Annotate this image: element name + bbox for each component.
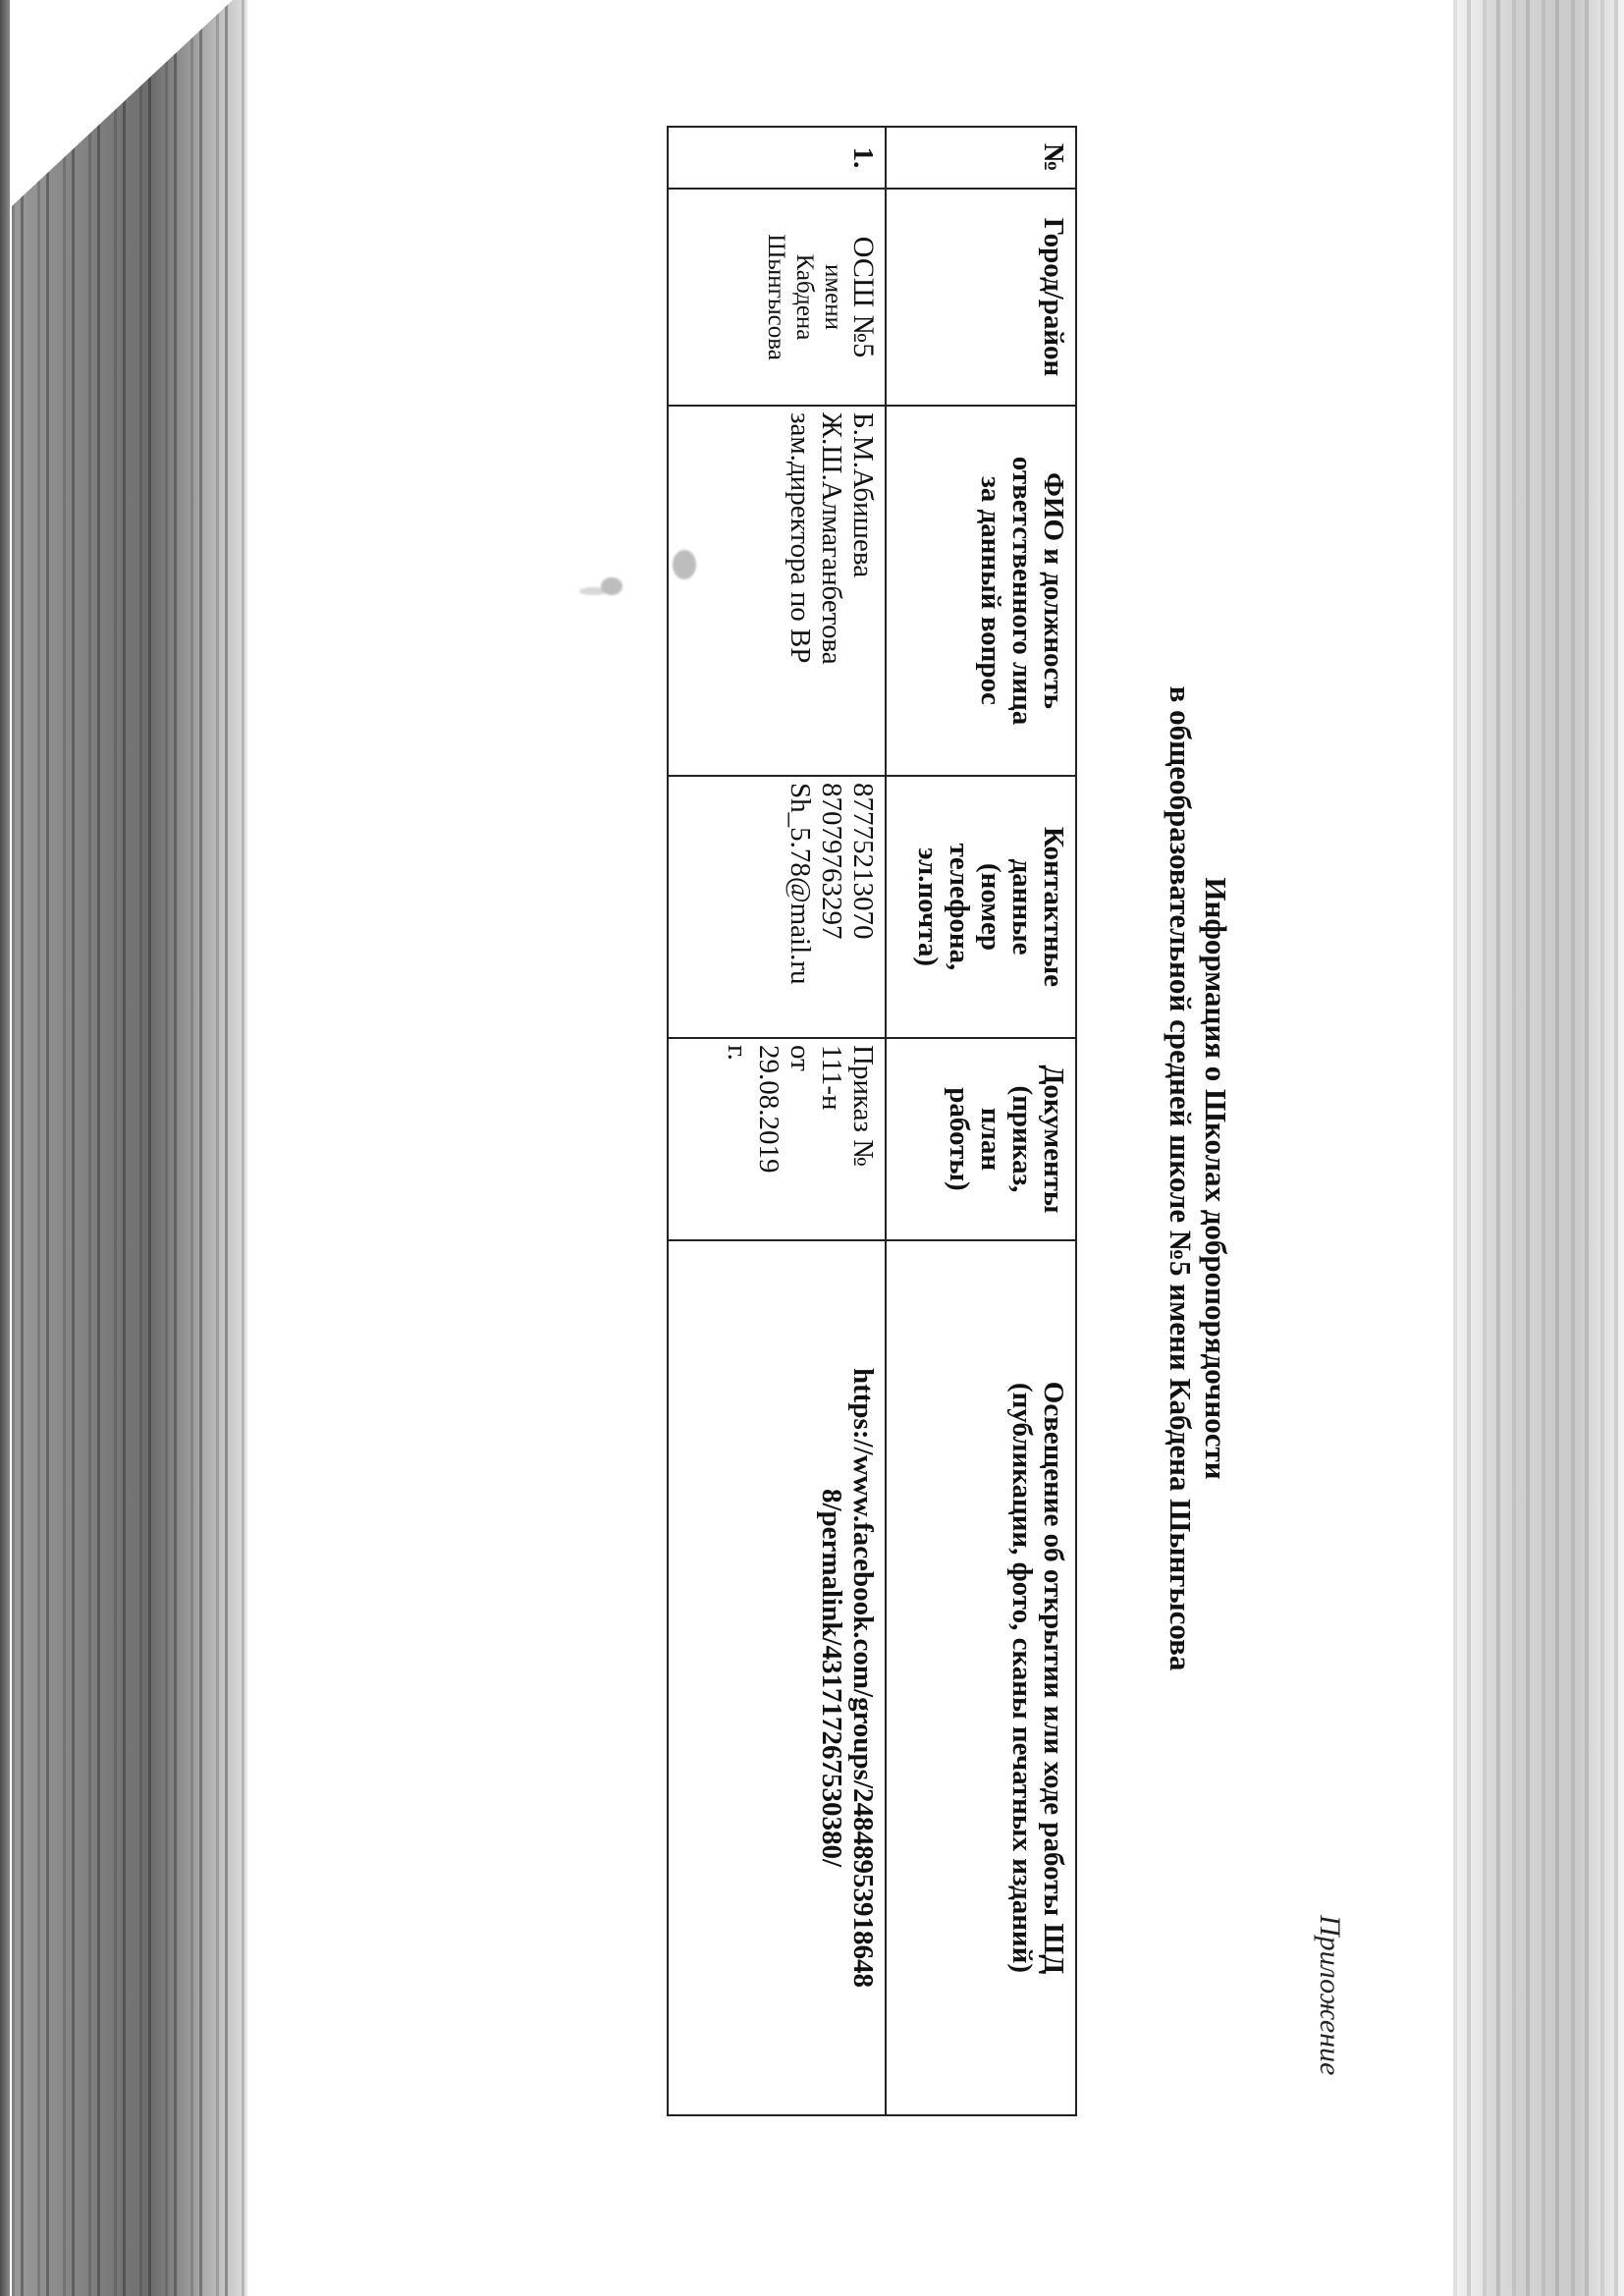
title-line-2: в общеобразовательной средней школе №5 и… (1163, 491, 1198, 1866)
title-line-1: Информация о Школах добропорядочности (1198, 491, 1233, 1866)
integrity-schools-table: № Город/район ФИО и должность ответствен… (667, 126, 1077, 2116)
header-contacts: Контактные данные (номер телефона, эл.по… (886, 776, 1076, 1038)
header-num: № (886, 127, 1076, 189)
header-documents: Документы (приказ, план работы) (886, 1038, 1076, 1240)
document-title: Информация о Школах добропорядочности в … (1163, 491, 1233, 1866)
phone-1: 87775213070 (847, 783, 879, 1031)
row-responsible: Б.М.Абишева Ж.Ш.Алмаганбетова зам.директ… (668, 406, 886, 776)
document-sheet: Приложение Информация о Школах добропоря… (0, 0, 1624, 2296)
row-media-link: https://www.facebook.com/groups/24848953… (668, 1240, 886, 2115)
row-contacts: 87775213070 87079763297 Sh_5.78@mail.ru (668, 776, 886, 1038)
row-documents: Приказ № 111-н от 29.08.2019 г. (668, 1038, 886, 1240)
header-city: Город/район (886, 189, 1076, 406)
table-row: 1. ОСШ №5 имени Кабдена Шынгысова Б.М.Аб… (668, 127, 886, 2115)
email: Sh_5.78@mail.ru (785, 783, 816, 1031)
row-num: 1. (668, 127, 886, 189)
header-media: Освещение об открытии или ходе работы ШД… (886, 1240, 1076, 2115)
header-fio: ФИО и должность ответственного лица за д… (886, 406, 1076, 776)
phone-2: 87079763297 (816, 783, 847, 1031)
table-header-row: № Город/район ФИО и должность ответствен… (886, 127, 1076, 2115)
appendix-label: Приложение (1313, 1915, 1346, 2075)
row-school: ОСШ №5 имени Кабдена Шынгысова (668, 189, 886, 406)
